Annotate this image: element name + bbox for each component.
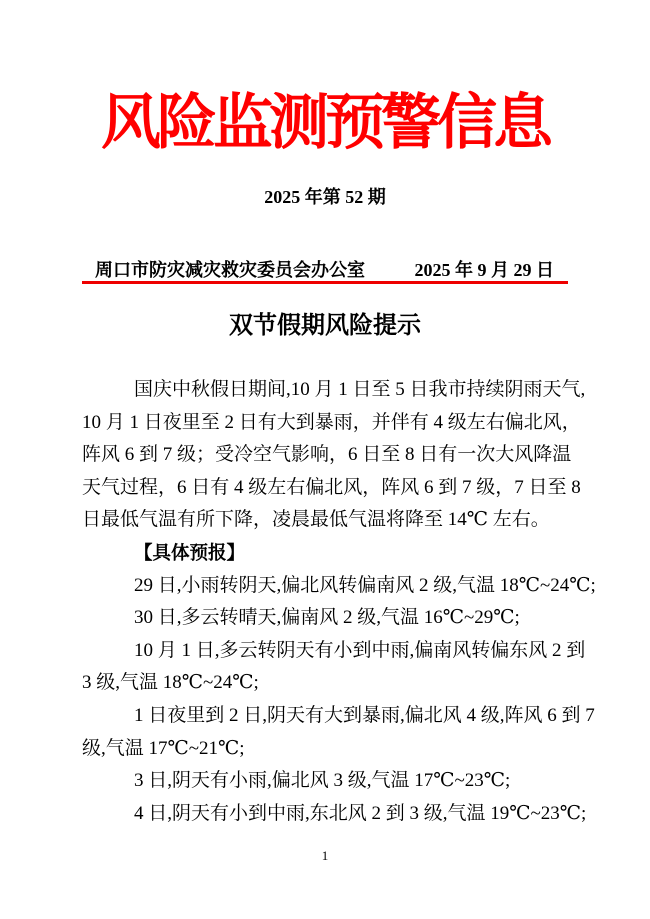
intro-line: 10 月 1 日夜里至 2 日有大到暴雨，并伴有 4 级左右偏北风， — [82, 407, 568, 440]
forecast-line: 4 日,阴天有小到中雨,东北风 2 到 3 级,气温 19℃~23℃; — [82, 798, 568, 831]
forecast-line: 级,气温 17℃~21℃; — [82, 733, 568, 766]
forecast-line: 10 月 1 日,多云转阴天有小到中雨,偏南风转偏东风 2 到 — [82, 635, 568, 668]
article-body: 国庆中秋假日期间,10 月 1 日至 5 日我市持续阴雨天气, 10 月 1 日… — [82, 374, 568, 830]
article-title: 双节假期风险提示 — [0, 312, 650, 340]
page-number: 1 — [0, 848, 650, 864]
section-heading: 【具体预报】 — [82, 537, 568, 570]
forecast-line: 3 日,阴天有小雨,偏北风 3 级,气温 17℃~23℃; — [82, 765, 568, 798]
bulletin-page: 风险监测预警信息 2025 年第 52 期 周口市防灾减灾救灾委员会办公室 20… — [0, 0, 650, 919]
forecast-line: 29 日,小雨转阴天,偏北风转偏南风 2 级,气温 18℃~24℃; — [82, 570, 568, 603]
forecast-line: 3 级,气温 18℃~24℃; — [82, 667, 568, 700]
intro-line: 国庆中秋假日期间,10 月 1 日至 5 日我市持续阴雨天气, — [82, 374, 568, 407]
forecast-line: 1 日夜里到 2 日,阴天有大到暴雨,偏北风 4 级,阵风 6 到 7 — [82, 700, 568, 733]
intro-line: 天气过程，6 日有 4 级左右偏北风，阵风 6 到 7 级，7 日至 8 — [82, 472, 568, 505]
issue-number: 2025 年第 52 期 — [0, 186, 650, 208]
forecast-line: 30 日,多云转晴天,偏南风 2 级,气温 16℃~29℃; — [82, 602, 568, 635]
header-row: 周口市防灾减灾救灾委员会办公室 2025 年 9 月 29 日 — [82, 258, 568, 282]
red-divider — [82, 281, 568, 284]
issue-date: 2025 年 9 月 29 日 — [415, 258, 555, 282]
masthead-title: 风险监测预警信息 — [0, 93, 650, 153]
intro-line: 阵风 6 到 7 级；受冷空气影响，6 日至 8 日有一次大风降温 — [82, 439, 568, 472]
issuer-name: 周口市防灾减灾救灾委员会办公室 — [95, 258, 365, 282]
intro-line: 日最低气温有所下降，凌晨最低气温将降至 14℃ 左右。 — [82, 504, 568, 537]
